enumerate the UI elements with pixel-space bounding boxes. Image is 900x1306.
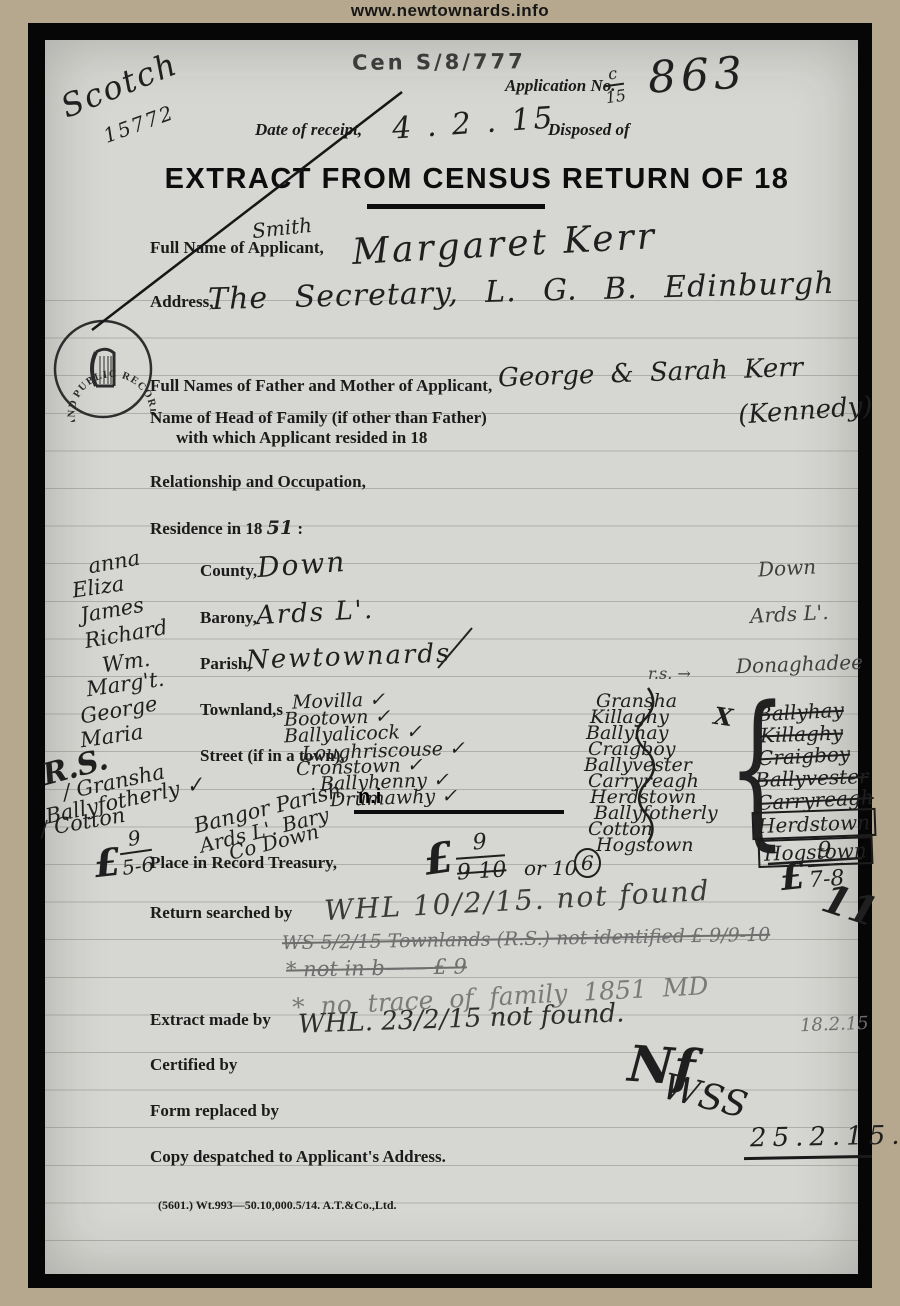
copy-despatched-label: Copy despatched to Applicant's Address.: [150, 1147, 446, 1167]
parents-label: Full Names of Father and Mother of Appli…: [150, 376, 492, 396]
townland-label: Townland,s: [200, 700, 283, 720]
treasury-mid-fraction: 9 9-10: [454, 828, 507, 885]
residence-year-handwritten: 51: [267, 517, 293, 539]
head-of-family-label-line1: Name of Head of Family (if other than Fa…: [150, 408, 487, 428]
barony-right-note: Ards L'.: [749, 600, 829, 628]
cen-reference-stamp: Cen S/8/777: [352, 49, 526, 75]
treasury-mid-top: 9: [454, 828, 505, 859]
ni-annotation: n.i: [358, 786, 381, 809]
pound-sign-right: £: [778, 855, 807, 899]
residence-label-text: Residence in 18: [150, 519, 262, 538]
boxed-townland: Herdstown: [752, 808, 877, 840]
full-name-label: Full Name of Applicant,: [150, 238, 324, 258]
title-underline: [367, 204, 545, 209]
parish-mid-note: r.s. →: [648, 664, 691, 683]
check-icon: ✓: [441, 785, 458, 808]
relationship-label: Relationship and Occupation,: [150, 472, 366, 492]
certified-by-label: Certified by: [150, 1055, 237, 1075]
application-number-handwritten: 863: [647, 47, 749, 103]
treasury-right-top: 9: [806, 837, 843, 867]
site-banner: www.newtownards.info: [0, 0, 900, 23]
address-label: Address,: [150, 292, 213, 312]
treasury-mid-circled: 6: [574, 848, 601, 878]
check-icon: ✓: [449, 737, 466, 760]
treasury-mid-bottom: 9-10: [456, 856, 507, 885]
treasury-label: Place in Record Treasury,: [150, 853, 337, 873]
county-right-note: Down: [757, 554, 816, 581]
printer-footer: (5601.) Wt.993—50.10,000.5/14. A.T.&Co.,…: [158, 1198, 397, 1213]
treasury-mid-tail: or 10: [524, 856, 577, 880]
head-of-family-label-line2: with which Applicant resided in 18: [176, 428, 427, 448]
return-searched-label: Return searched by: [150, 903, 292, 923]
parish-mid-text: r.s.: [648, 664, 672, 683]
form-replaced-label: Form replaced by: [150, 1101, 279, 1121]
application-no-label: Application No.: [505, 76, 616, 96]
extract-date-right: 18.2.15: [800, 1013, 869, 1036]
county-label: County,: [200, 561, 257, 581]
date-of-receipt-label: Date of receipt,: [255, 120, 362, 140]
public-record-office-stamp: PUBLIC RECORD OFFICE OF IRELAND: [50, 316, 156, 422]
barony-handwritten: Ards L'.: [255, 595, 375, 631]
application-fraction-bottom: 15: [604, 85, 627, 108]
document-title: EXTRACT FROM CENSUS RETURN OF 18: [132, 163, 822, 196]
townland-item: Drumawhy ✓: [330, 785, 458, 811]
arrow-icon: →: [677, 664, 690, 683]
ni-underline: [354, 810, 564, 814]
scanned-census-page: www.newtownards.info Cen S/8/777 Scotch …: [0, 0, 900, 1306]
application-fraction-top: c: [601, 63, 624, 88]
parish-label: Parish,: [200, 654, 251, 674]
searched-line3-struck: * not in b—— £ 9: [286, 954, 467, 981]
county-handwritten: Down: [256, 545, 347, 584]
barony-label: Barony,: [200, 608, 257, 628]
extract-made-by-label: Extract made by: [150, 1010, 271, 1030]
right-list-item: Hogstown: [596, 834, 694, 856]
residence-colon: :: [297, 519, 303, 538]
despatch-date: 25.2.15.: [750, 1121, 900, 1154]
disposed-of-label: Disposed of: [548, 120, 630, 140]
residence-label: Residence in 18 51 :: [150, 517, 303, 539]
